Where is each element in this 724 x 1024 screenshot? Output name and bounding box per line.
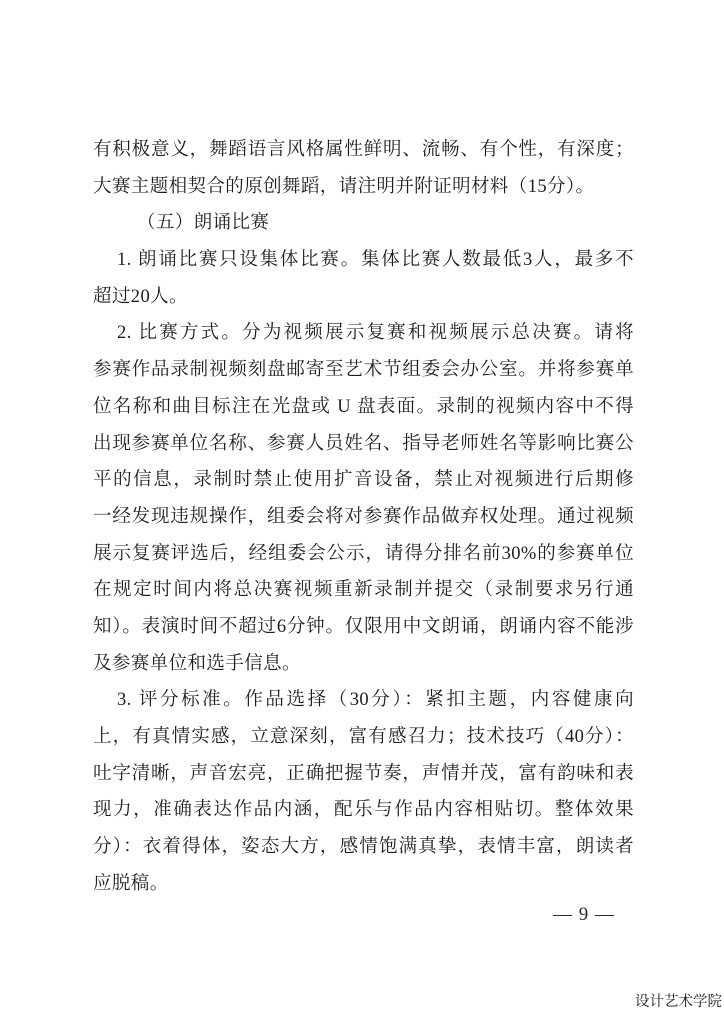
document-body: 有积极意义，舞蹈语言风格属性鲜明、流畅、有个性，有深度；与 大赛主题相契合的原创… (93, 132, 634, 902)
text-line: 分）：衣着得体，姿态大方，感情饱满真挚，表情丰富，朗读者 (93, 829, 634, 866)
text-line: 3. 评分标准。作品选择（30分）：紧扣主题，内容健康向 (93, 682, 634, 719)
text-line: 吐字清晰，声音宏亮，正确把握节奏，声情并茂，富有韵味和表 (93, 756, 634, 793)
text-line: 位名称和曲目标注在光盘或 U 盘表面。录制的视频内容中不得 (93, 389, 634, 426)
text-line: 及参赛单位和选手信息。 (93, 646, 634, 683)
text-line: 参赛作品录制视频刻盘邮寄至艺术节组委会办公室。并将参赛单 (93, 352, 634, 389)
text-line: 2. 比赛方式。分为视频展示复赛和视频展示总决赛。请将 (93, 315, 634, 352)
text-line: 有积极意义，舞蹈语言风格属性鲜明、流畅、有个性，有深度；与 (93, 132, 634, 169)
text-line: 在规定时间内将总决赛视频重新录制并提交（录制要求另行通 (93, 572, 634, 609)
text-line: 展示复赛评选后，经组委会公示，请得分排名前30%的参赛单位 (93, 536, 634, 573)
text-line: 大赛主题相契合的原创舞蹈，请注明并附证明材料（15分）。 (93, 169, 634, 206)
text-line: 应脱稿。 (93, 866, 634, 903)
document-page: 有积极意义，舞蹈语言风格属性鲜明、流畅、有个性，有深度；与 大赛主题相契合的原创… (0, 0, 724, 1024)
watermark-label: 设计艺术学院 (635, 993, 722, 1011)
text-line: 超过20人。 (93, 279, 634, 316)
text-line: 知）。表演时间不超过6分钟。仅限用中文朗诵，朗诵内容不能涉 (93, 609, 634, 646)
text-line: 1. 朗诵比赛只设集体比赛。集体比赛人数最低3人，最多不 (93, 242, 634, 279)
text-line: 出现参赛单位名称、参赛人员姓名、指导老师姓名等影响比赛公 (93, 426, 634, 463)
section-heading: （五）朗诵比赛 (93, 205, 634, 242)
text-line: 平的信息，录制时禁止使用扩音设备，禁止对视频进行后期修音， (93, 462, 634, 499)
text-line: 一经发现违规操作，组委会将对参赛作品做弃权处理。通过视频 (93, 499, 634, 536)
text-line: 上，有真情实感，立意深刻，富有感召力；技术技巧（40分）： (93, 719, 634, 756)
page-number: — 9 — (553, 903, 615, 927)
text-line: 现力，准确表达作品内涵，配乐与作品内容相贴切。整体效果（30 (93, 792, 634, 829)
